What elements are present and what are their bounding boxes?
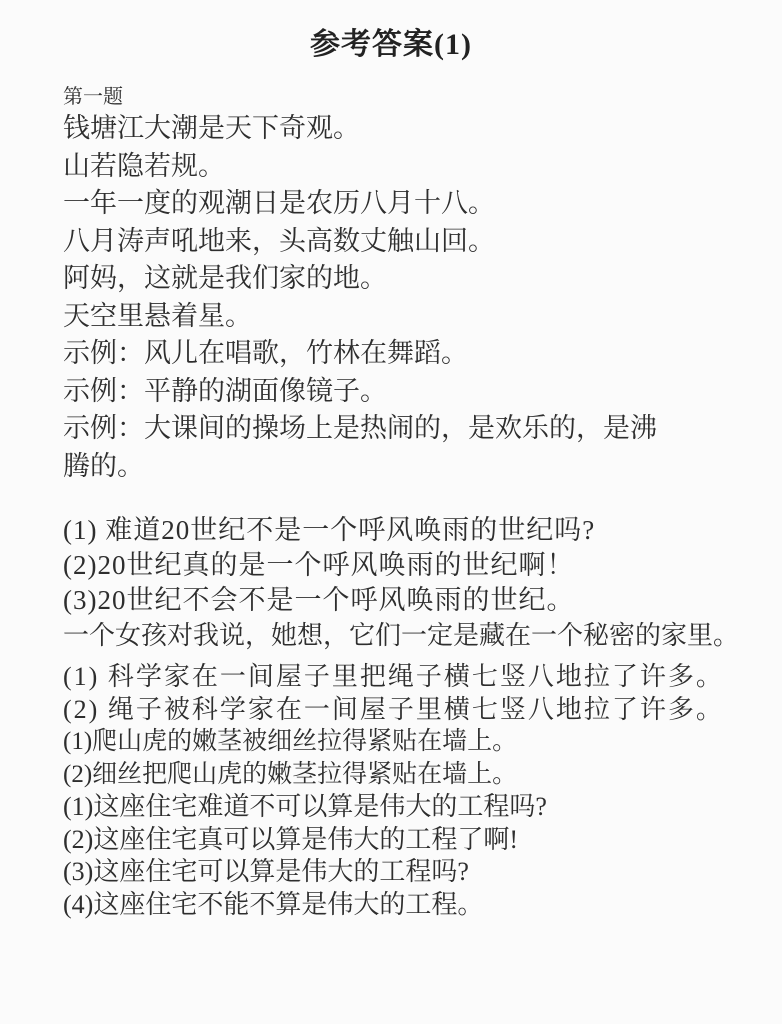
text-line: (1) 难道20世纪不是一个呼风唤雨的世纪吗? xyxy=(63,513,752,548)
text-line: (2)20世纪真的是一个呼风唤雨的世纪啊！ xyxy=(63,548,752,583)
text-line: (1) 科学家在一间屋子里把绳子横七竖八地拉了许多。 xyxy=(63,661,752,694)
text-line: (2) 绳子被科学家在一间屋子里横七竖八地拉了许多。 xyxy=(63,694,752,727)
text-line: 一个女孩对我说，她想，它们一定是藏在一个秘密的家里。 xyxy=(63,618,752,654)
text-line: (4)这座住宅不能不算是伟大的工程。 xyxy=(63,889,752,922)
text-line: 示例：风儿在唱歌，竹林在舞蹈。 xyxy=(63,335,752,373)
text-line: 示例：大课间的操场上是热闹的，是欢乐的，是沸 xyxy=(63,410,752,448)
text-line: (1)爬山虎的嫩茎被细丝拉得紧贴在墙上。 xyxy=(63,726,752,759)
answers-house-group: (1)这座住宅难道不可以算是伟大的工程吗?(2)这座住宅真可以算是伟大的工程了啊… xyxy=(63,791,752,921)
section-label: 第一题 xyxy=(63,84,752,110)
text-line: (1)这座住宅难道不可以算是伟大的工程吗? xyxy=(63,791,752,824)
text-line: 阿妈，这就是我们家的地。 xyxy=(63,260,752,298)
answers-sentences-group: 钱塘江大潮是天下奇观。山若隐若规。一年一度的观潮日是农历八月十八。八月涛声吼地来… xyxy=(63,110,752,485)
answer-content: 第一题 钱塘江大潮是天下奇观。山若隐若规。一年一度的观潮日是农历八月十八。八月涛… xyxy=(0,84,782,921)
text-line: 钱塘江大潮是天下奇观。 xyxy=(63,110,752,148)
text-line: 示例：平静的湖面像镜子。 xyxy=(63,373,752,411)
text-line: (3)这座住宅可以算是伟大的工程吗? xyxy=(63,856,752,889)
text-line: (2)这座住宅真可以算是伟大的工程了啊! xyxy=(63,824,752,857)
text-line: 天空里悬着星。 xyxy=(63,298,752,336)
text-line: (3)20世纪不会不是一个呼风唤雨的世纪。 xyxy=(63,583,752,618)
answers-rope-group: (1) 科学家在一间屋子里把绳子横七竖八地拉了许多。(2) 绳子被科学家在一间屋… xyxy=(63,661,752,726)
answers-ivy-group: (1)爬山虎的嫩茎被细丝拉得紧贴在墙上。(2)细丝把爬山虎的嫩茎拉得紧贴在墙上。 xyxy=(63,726,752,791)
document-page: 参考答案(1) 第一题 钱塘江大潮是天下奇观。山若隐若规。一年一度的观潮日是农历… xyxy=(0,0,782,1024)
text-line: 一年一度的观潮日是农历八月十八。 xyxy=(63,185,752,223)
answers-girl-group: 一个女孩对我说，她想，它们一定是藏在一个秘密的家里。 xyxy=(63,618,752,654)
answers-century-group: (1) 难道20世纪不是一个呼风唤雨的世纪吗?(2)20世纪真的是一个呼风唤雨的… xyxy=(63,513,752,618)
text-line: 腾的。 xyxy=(63,448,752,486)
text-line: 山若隐若规。 xyxy=(63,148,752,186)
page-title: 参考答案(1) xyxy=(0,0,782,63)
text-line: (2)细丝把爬山虎的嫩茎拉得紧贴在墙上。 xyxy=(63,759,752,792)
text-line: 八月涛声吼地来，头高数丈触山回。 xyxy=(63,223,752,261)
